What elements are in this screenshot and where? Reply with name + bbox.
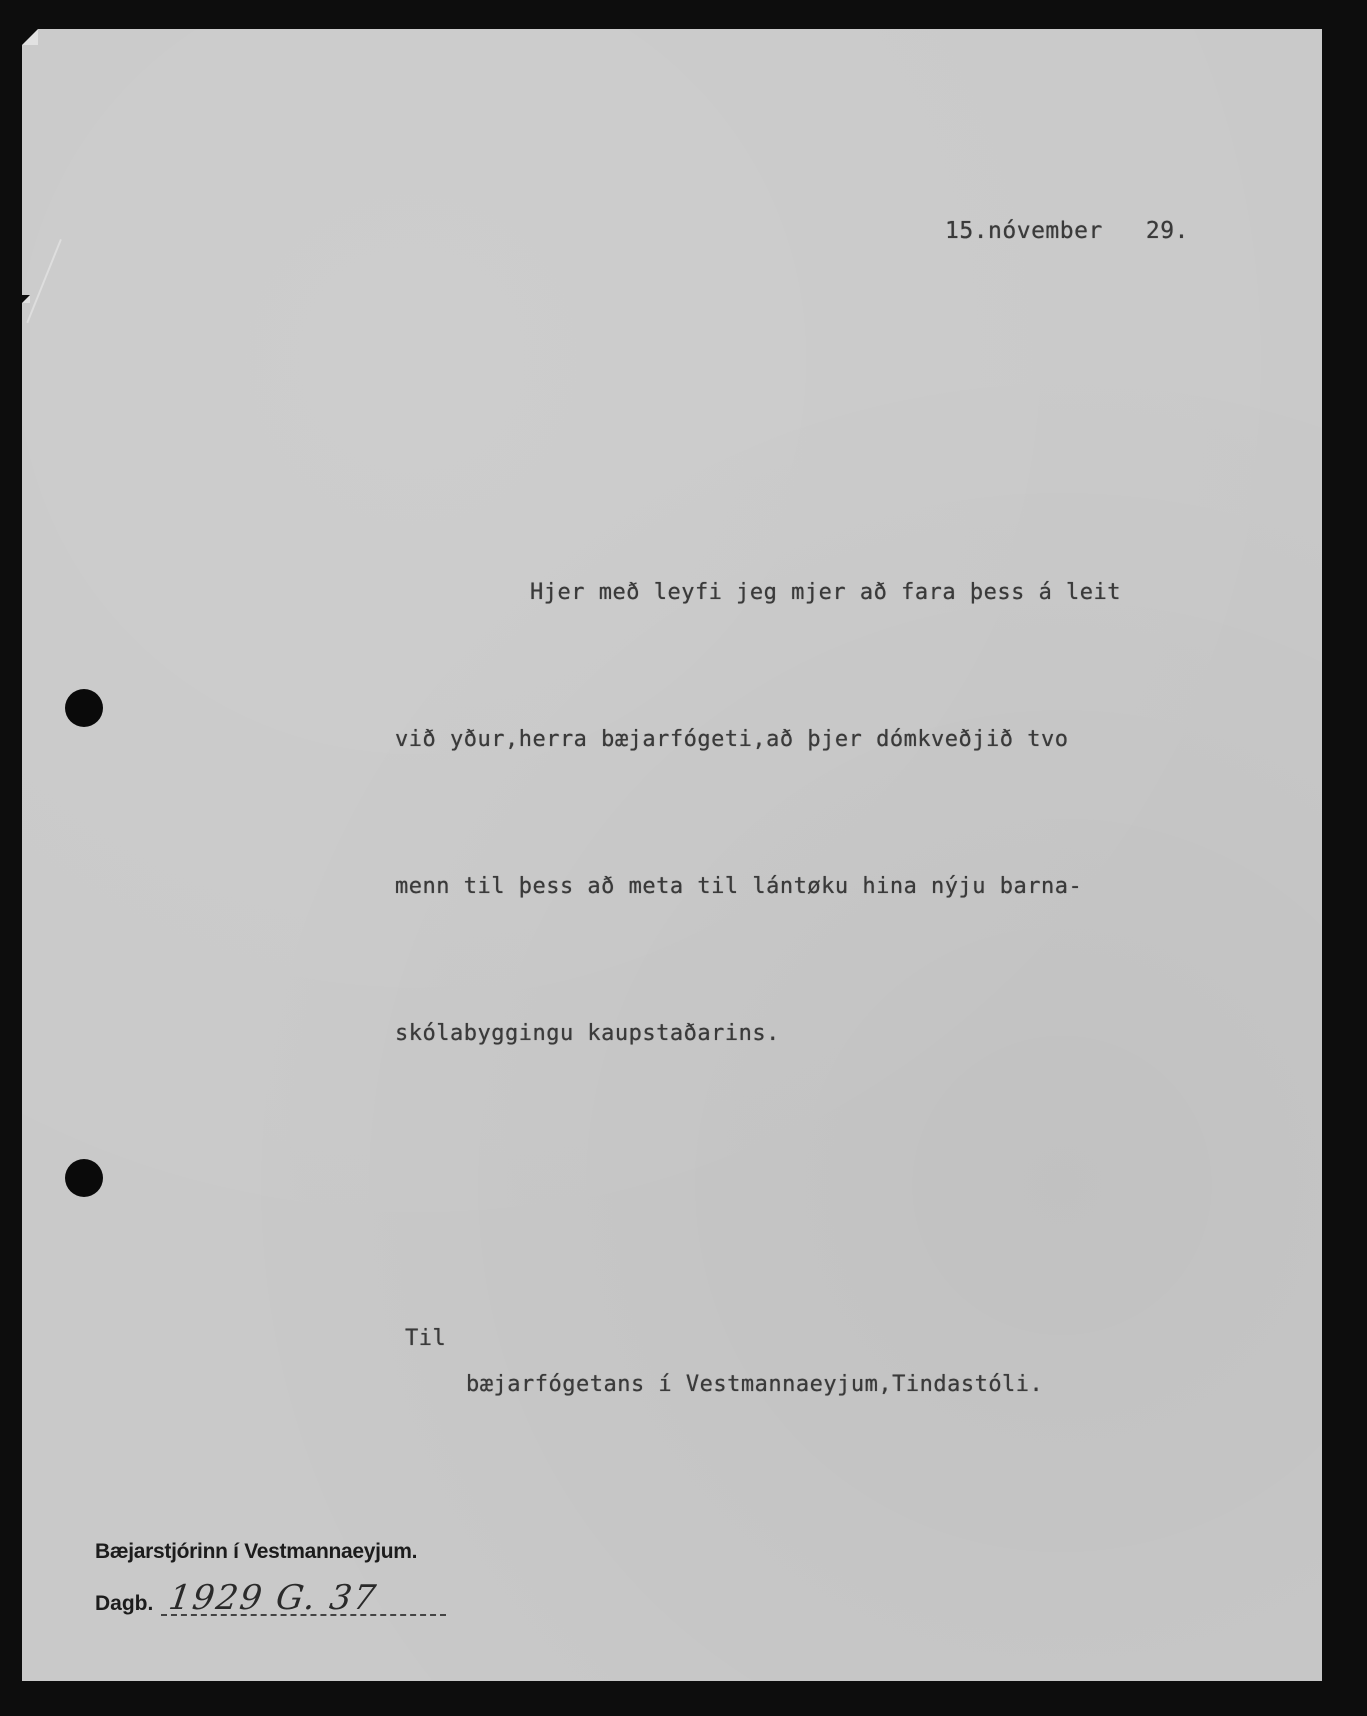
body-line: við yður,herra bæjarfógeti,að þjer dómkv… <box>395 715 1121 764</box>
folded-corner <box>22 29 38 45</box>
letter-body: Hjer með leyfi jeg mjer að fara þess á l… <box>395 470 1121 1107</box>
addressee-name: bæjarfógetans í Vestmannaeyjum,Tindastól… <box>466 1372 1043 1397</box>
stamp-journal-row: Dagb. 1929 G. 37 <box>95 1576 446 1616</box>
stamp-organization: Bæjarstjórinn í Vestmannaeyjum. <box>95 1540 446 1564</box>
stamp-field-label: Dagb. <box>95 1592 153 1616</box>
letter-date: 15.nóvember 29. <box>945 218 1189 244</box>
punch-hole <box>65 689 103 727</box>
registry-stamp: Bæjarstjórinn í Vestmannaeyjum. Dagb. 19… <box>95 1540 446 1616</box>
stamp-journal-field: 1929 G. 37 <box>161 1578 446 1616</box>
paper-crease <box>26 239 62 323</box>
body-line: skólabyggingu kaupstaðarins. <box>395 1009 1121 1058</box>
folded-edge <box>22 295 30 303</box>
addressee-label: Til <box>405 1326 446 1351</box>
handwritten-journal-number: 1929 G. 37 <box>167 1578 381 1618</box>
body-line: Hjer með leyfi jeg mjer að fara þess á l… <box>395 568 1121 617</box>
body-line: menn til þess að meta til lántøku hina n… <box>395 862 1121 911</box>
punch-hole <box>65 1159 103 1197</box>
